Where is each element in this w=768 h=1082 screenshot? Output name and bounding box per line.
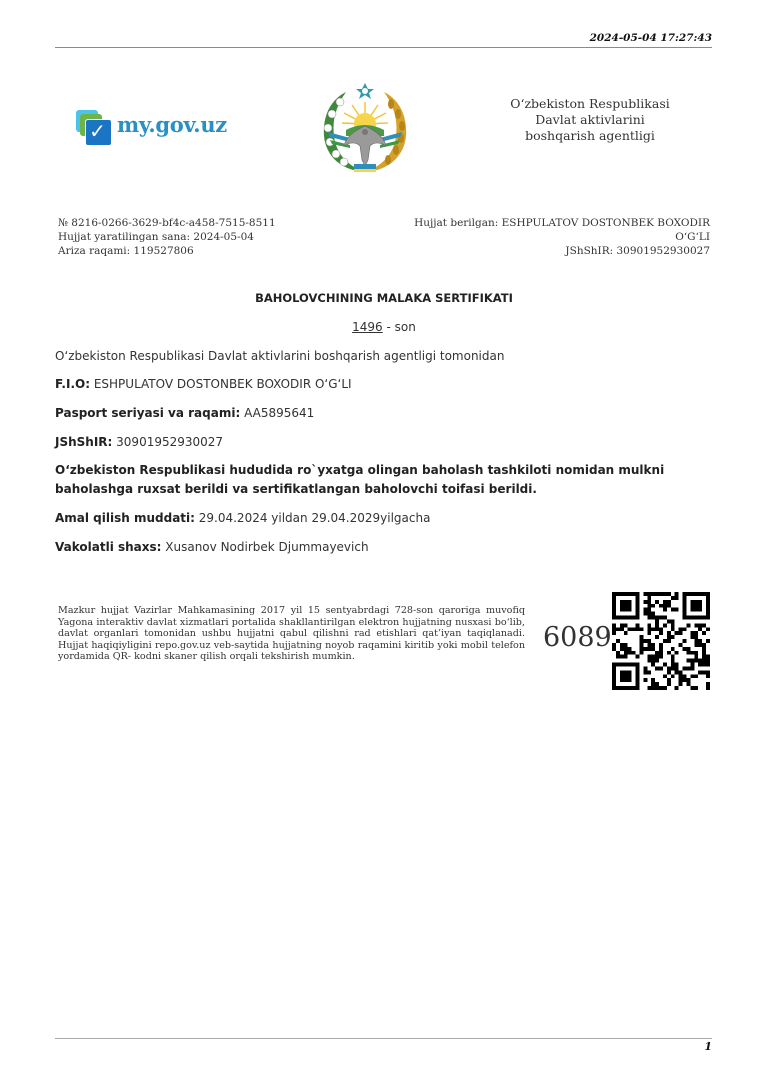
print-timestamp: 2024-05-04 17:27:43 (590, 32, 712, 44)
issuer-line: O‘zbekiston Respublikasi Davlat aktivlar… (55, 347, 715, 366)
application-number: Ariza raqami: 119527806 (58, 244, 276, 258)
issued-to: Hujjat berilgan: ESHPULATOV DOSTONBEK BO… (390, 216, 710, 244)
field-label: F.I.O: (55, 377, 90, 391)
field-jshshir: JShShIR: 30901952930027 (55, 433, 715, 452)
field-passport: Pasport seriyasi va raqami: AA5895641 (55, 404, 715, 423)
field-fio: F.I.O: ESHPULATOV DOSTONBEK BOXODIR O‘G‘… (55, 375, 715, 394)
agency-name: O‘zbekiston Respublikasi Davlat aktivlar… (480, 96, 700, 144)
field-value: Xusanov Nodirbek Djummayevich (161, 540, 368, 554)
agency-line: boshqarish agentligi (480, 128, 700, 144)
document-number: № 8216-0266-3629-bf4c-a458-7515-8511 (58, 216, 276, 230)
field-authorized-person: Vakolatli shaxs: Xusanov Nodirbek Djumma… (55, 538, 715, 557)
checkbox-stack-icon: ✓ (76, 108, 112, 146)
certificate-number-suffix: - son (383, 320, 416, 334)
document-meta: № 8216-0266-3629-bf4c-a458-7515-8511 Huj… (58, 216, 276, 258)
recipient-jshshir: JShShIR: 30901952930027 (390, 244, 710, 258)
field-value: 30901952930027 (112, 435, 223, 449)
certificate-title: BAHOLOVCHINING MALAKA SERTIFIKATI (0, 291, 768, 305)
certificate-number: 1496 - son (0, 320, 768, 334)
field-label: Amal qilish muddati: (55, 511, 195, 525)
created-date: Hujjat yaratilingan sana: 2024-05-04 (58, 230, 276, 244)
qr-code-icon[interactable] (612, 592, 710, 690)
page-number: 1 (704, 1040, 712, 1053)
field-label: Vakolatli shaxs: (55, 540, 161, 554)
certificate-number-value: 1496 (352, 320, 383, 334)
header-divider (55, 47, 712, 48)
recipient-meta: Hujjat berilgan: ESHPULATOV DOSTONBEK BO… (390, 216, 710, 258)
state-emblem-icon (316, 80, 414, 178)
verification-code: 6089 (543, 622, 612, 653)
logo-text: my.gov.uz (117, 112, 227, 137)
agency-line: O‘zbekiston Respublikasi (480, 96, 700, 112)
field-value: AA5895641 (240, 406, 314, 420)
field-label: JShShIR: (55, 435, 112, 449)
field-validity: Amal qilish muddati: 29.04.2024 yildan 2… (55, 509, 715, 528)
agency-line: Davlat aktivlarini (480, 112, 700, 128)
field-label: Pasport seriyasi va raqami: (55, 406, 240, 420)
permission-statement: O‘zbekiston Respublikasi hududida ro`yxa… (55, 461, 725, 499)
legal-disclaimer: Mazkur hujjat Vazirlar Mahkamasining 201… (58, 605, 525, 663)
field-value: 29.04.2024 yildan 29.04.2029yilgacha (195, 511, 431, 525)
footer-divider (55, 1038, 712, 1039)
field-value: ESHPULATOV DOSTONBEK BOXODIR O‘G‘LI (90, 377, 352, 391)
mygov-logo: ✓ my.gov.uz (76, 108, 236, 148)
